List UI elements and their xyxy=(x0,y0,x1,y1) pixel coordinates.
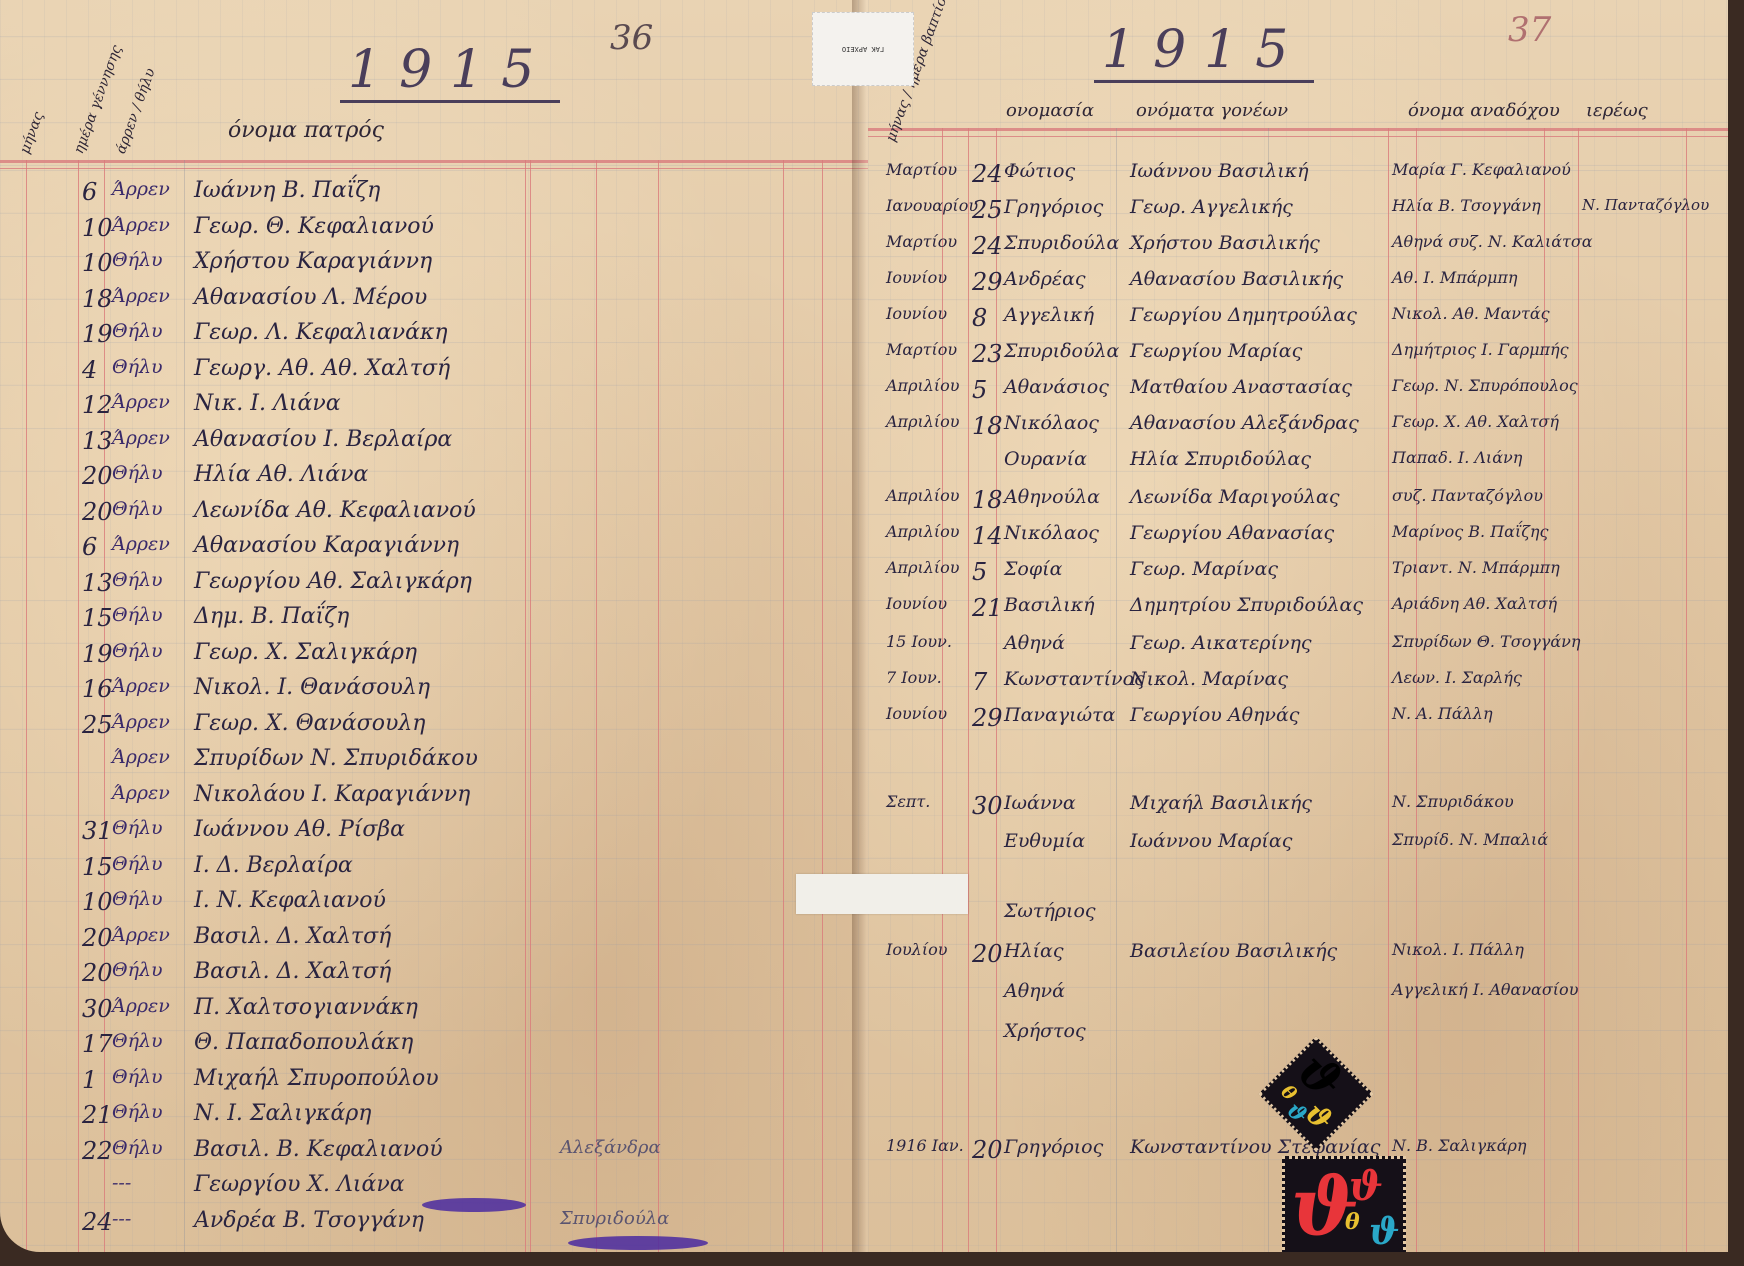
column-header-month: μήνας xyxy=(17,110,47,156)
father-name: Νικολάου Ι. Καραγιάννη xyxy=(194,782,470,807)
father-name: Νικ. Ι. Λιάνα xyxy=(194,391,341,416)
birth-day: 6 xyxy=(82,178,97,206)
father-name: Λεωνίδα Αθ. Κεφαλιανού xyxy=(194,498,476,523)
archive-label: ΓΑΚ ΑΡΧΕΙΟ xyxy=(812,12,914,86)
table-row: ΟυρανίαΗλία ΣπυριδούλαςΠαπαδ. Ι. Λιάνη xyxy=(868,448,1728,488)
column-header-priest: ιερέως xyxy=(1586,100,1648,121)
birth-day: 21 xyxy=(82,1101,113,1129)
child-name: Ιωάννα xyxy=(1004,792,1076,814)
sex: Θήλυ xyxy=(112,569,163,591)
priest-name: Ν. Πανταζόγλου xyxy=(1582,196,1709,214)
child-name: Σπυριδούλα xyxy=(1004,340,1119,362)
godparent-name: Ν. Α. Πάλλη xyxy=(1392,704,1493,723)
parents-names: Δημητρίου Σπυριδούλας xyxy=(1130,594,1363,616)
child-name: Ευθυμία xyxy=(1004,830,1085,852)
table-row: 10ΘήλυΙ. Ν. Κεφαλιανού xyxy=(0,888,868,928)
sex: Άρρεν xyxy=(112,285,170,307)
baptism-day: 24 xyxy=(972,232,1003,260)
child-name: Αθανάσιος xyxy=(1004,376,1109,398)
father-name: Ιωάννη Β. Παΐζη xyxy=(194,178,380,203)
father-name: Π. Χαλτσογιαννάκη xyxy=(194,995,418,1020)
baptism-month: Απριλίου xyxy=(886,376,960,395)
child-name: Γρηγόριος xyxy=(1004,1136,1103,1158)
sex: --- xyxy=(112,1172,131,1194)
parents-names: Αθανασίου Βασιλικής xyxy=(1130,268,1343,290)
child-name: Χρήστος xyxy=(1004,1020,1086,1042)
father-name: Ν. Ι. Σαλιγκάρη xyxy=(194,1101,371,1126)
father-name: Αθανασίου Καραγιάννη xyxy=(194,533,459,558)
baptism-month: Ιουνίου xyxy=(886,704,947,723)
godparent-name: Ν. Β. Σαλιγκάρη xyxy=(1392,1136,1526,1155)
table-row: Ιουνίου21ΒασιλικήΔημητρίου ΣπυριδούλαςΑρ… xyxy=(868,594,1728,634)
godparent-name: Ν. Σπυριδάκου xyxy=(1392,792,1514,811)
table-row: 15ΘήλυΙ. Δ. Βερλαίρα xyxy=(0,853,868,893)
table-row: ΆρρενΝικολάου Ι. Καραγιάννη xyxy=(0,782,868,822)
parents-names: Γεωργίου Μαρίας xyxy=(1130,340,1302,362)
child-name: Αθηνούλα xyxy=(1004,486,1100,508)
header-rule xyxy=(868,128,1728,131)
table-row: 19ΘήλυΓεωρ. Χ. Σαλιγκάρη xyxy=(0,640,868,680)
parents-names: Γεωργίου Δημητρούλας xyxy=(1130,304,1357,326)
godparent-name: Γεωρ. Χ. Αθ. Χαλτσή xyxy=(1392,412,1559,431)
year-heading: 1915 xyxy=(340,40,560,103)
table-row: Απριλίου14ΝικόλαοςΓεωργίου ΑθανασίαςΜαρί… xyxy=(868,522,1728,562)
godparent-name: Νικολ. Αθ. Μαντάς xyxy=(1392,304,1550,323)
baptism-month: Σεπτ. xyxy=(886,792,930,811)
table-row: 12ΆρρενΝικ. Ι. Λιάνα xyxy=(0,391,868,431)
sex: Θήλυ xyxy=(112,320,163,342)
baptism-day: 14 xyxy=(972,522,1003,550)
note: Σπυριδούλα xyxy=(560,1208,669,1229)
table-row: Σεπτ.30ΙωάνναΜιχαήλ ΒασιλικήςΝ. Σπυριδάκ… xyxy=(868,792,1728,832)
sex: Θήλυ xyxy=(112,888,163,910)
birth-day: 6 xyxy=(82,533,97,561)
father-name: Αθανασίου Ι. Βερλαίρα xyxy=(194,427,452,452)
column-header-father-name: όνομα πατρός xyxy=(228,118,384,143)
table-row: 25ΆρρενΓεωρ. Χ. Θανάσουλη xyxy=(0,711,868,751)
godparent-name: Αγγελική Ι. Αθανασίου xyxy=(1392,980,1578,999)
father-name: Βασιλ. Δ. Χαλτσή xyxy=(194,959,391,984)
baptism-month: Ιουνίου xyxy=(886,304,947,323)
sex: Θήλυ xyxy=(112,249,163,271)
child-name: Αθηνά xyxy=(1004,632,1065,654)
paper-strip xyxy=(796,874,968,914)
sex: Άρρεν xyxy=(112,533,170,555)
birth-day: 20 xyxy=(82,498,113,526)
father-name: Γεωργίου Αθ. Σαλιγκάρη xyxy=(194,569,472,594)
birth-day: 15 xyxy=(82,853,113,881)
sex: Θήλυ xyxy=(112,1137,163,1159)
sex: Άρρεν xyxy=(112,427,170,449)
birth-day: 20 xyxy=(82,924,113,952)
baptism-day: 5 xyxy=(972,558,987,586)
baptism-day: 21 xyxy=(972,594,1003,622)
father-name: Θ. Παπαδοπουλάκη xyxy=(194,1030,413,1055)
sex: Θήλυ xyxy=(112,462,163,484)
birth-day: 19 xyxy=(82,320,113,348)
baptism-day: 30 xyxy=(972,792,1003,820)
sex: --- xyxy=(112,1208,131,1230)
column-header-sex: άρρεν / θήλυ xyxy=(113,66,159,156)
birth-day: 20 xyxy=(82,462,113,490)
baptism-day: 24 xyxy=(972,160,1003,188)
baptism-month: Απριλίου xyxy=(886,486,960,505)
parents-names: Γεωργίου Αθηνάς xyxy=(1130,704,1299,726)
birth-day: 15 xyxy=(82,604,113,632)
table-row: ΑθηνάΑγγελική Ι. Αθανασίου xyxy=(868,980,1728,1020)
birth-day: 13 xyxy=(82,427,113,455)
sex: Άρρεν xyxy=(112,995,170,1017)
birth-day: 24 xyxy=(82,1208,113,1236)
table-row: 1ΘήλυΜιχαήλ Σπυροπούλου xyxy=(0,1066,868,1106)
father-name: Ι. Ν. Κεφαλιανού xyxy=(194,888,386,913)
sex: Θήλυ xyxy=(112,640,163,662)
sex: Θήλυ xyxy=(112,1030,163,1052)
theta-glyph: ϑ xyxy=(1369,1211,1400,1252)
baptism-day: 20 xyxy=(972,940,1003,968)
birth-day: 25 xyxy=(82,711,113,739)
parents-names: Νικολ. Μαρίνας xyxy=(1130,668,1288,690)
godparent-name: Νικολ. Ι. Πάλλη xyxy=(1392,940,1524,959)
baptism-day: 29 xyxy=(972,268,1003,296)
baptism-month: Ιουνίου xyxy=(886,594,947,613)
father-name: Ι. Δ. Βερλαίρα xyxy=(194,853,353,878)
sex: Θήλυ xyxy=(112,817,163,839)
column-header-parents: ονόματα γονέων xyxy=(1136,100,1288,121)
header-rule xyxy=(868,136,1728,137)
godparent-name: Σπυρίδων Θ. Τσογγάνη xyxy=(1392,632,1580,651)
table-row: 20ΘήλυΗλία Αθ. Λιάνα xyxy=(0,462,868,502)
child-name: Σπυριδούλα xyxy=(1004,232,1119,254)
child-name: Ανδρέας xyxy=(1004,268,1086,290)
child-name: Σωτήριος xyxy=(1004,900,1096,922)
stamp-sticker: ϑ ϑ θ ϑ xyxy=(1282,1156,1406,1252)
table-row: 6ΆρρενΑθανασίου Καραγιάννη xyxy=(0,533,868,573)
table-row: Μαρτίου23ΣπυριδούλαΓεωργίου ΜαρίαςΔημήτρ… xyxy=(868,340,1728,380)
parents-names: Γεωρ. Αικατερίνης xyxy=(1130,632,1311,654)
birth-day: 22 xyxy=(82,1137,113,1165)
parents-names: Ιωάννου Μαρίας xyxy=(1130,830,1292,852)
birth-day: 12 xyxy=(82,391,113,419)
parents-names: Αθανασίου Αλεξάνδρας xyxy=(1130,412,1359,434)
note: Αλεξάνδρα xyxy=(560,1137,661,1158)
header-rule xyxy=(0,168,868,169)
baptism-day: 7 xyxy=(972,668,987,696)
baptism-month: Απριλίου xyxy=(886,558,960,577)
table-row: 10ΘήλυΧρήστου Καραγιάννη xyxy=(0,249,868,289)
page-number: 37 xyxy=(1508,10,1551,50)
table-row: 24---Ανδρέα Β. ΤσογγάνηΣπυριδούλα xyxy=(0,1208,868,1248)
baptism-month: Ιουνίου xyxy=(886,268,947,287)
sex: Άρρεν xyxy=(112,178,170,200)
table-row: 7 Ιουν.7ΚωνσταντίνοςΝικολ. ΜαρίναςΛεων. … xyxy=(868,668,1728,708)
column-header-godparent: όνομα αναδόχου xyxy=(1408,100,1560,121)
sex: Θήλυ xyxy=(112,604,163,626)
table-row: 20ΘήλυΛεωνίδα Αθ. Κεφαλιανού xyxy=(0,498,868,538)
parents-names: Ματθαίου Αναστασίας xyxy=(1130,376,1352,398)
table-row: ΕυθυμίαΙωάννου ΜαρίαςΣπυρίδ. Ν. Μπαλιά xyxy=(868,830,1728,870)
father-name: Ιωάννου Αθ. Ρίσβα xyxy=(194,817,405,842)
table-row: 6ΆρρενΙωάννη Β. Παΐζη xyxy=(0,178,868,218)
child-name: Βασιλική xyxy=(1004,594,1095,616)
baptism-month: Απριλίου xyxy=(886,412,960,431)
child-name: Ουρανία xyxy=(1004,448,1087,470)
child-name: Αθηνά xyxy=(1004,980,1065,1002)
child-name: Γρηγόριος xyxy=(1004,196,1103,218)
table-row: Ιανουαρίου25ΓρηγόριοςΓεωρ. ΑγγελικήςΗλία… xyxy=(868,196,1728,236)
father-name: Δημ. Β. Παΐζη xyxy=(194,604,349,629)
parents-names: Λεωνίδα Μαριγούλας xyxy=(1130,486,1339,508)
baptism-month: Μαρτίου xyxy=(886,340,957,359)
father-name: Βασιλ. Δ. Χαλτσή xyxy=(194,924,391,949)
baptism-month: 15 Ιουν. xyxy=(886,632,952,651)
father-name: Σπυρίδων Ν. Σπυριδάκου xyxy=(194,746,478,771)
baptism-day: 18 xyxy=(972,486,1003,514)
sex: Άρρεν xyxy=(112,746,170,768)
godparent-name: Τριαντ. Ν. Μπάρμπη xyxy=(1392,558,1560,577)
sex: Θήλυ xyxy=(112,498,163,520)
sex: Άρρεν xyxy=(112,391,170,413)
godparent-name: Μαρία Γ. Κεφαλιανού xyxy=(1392,160,1571,179)
father-name: Αθανασίου Λ. Μέρου xyxy=(194,285,427,310)
baptism-day: 18 xyxy=(972,412,1003,440)
birth-day: 10 xyxy=(82,214,113,242)
birth-day: 4 xyxy=(82,356,97,384)
birth-day: 17 xyxy=(82,1030,113,1058)
godparent-name: Δημήτριος Ι. Γαρμπής xyxy=(1392,340,1569,359)
sex: Άρρεν xyxy=(112,675,170,697)
father-name: Γεωργ. Αθ. Αθ. Χαλτσή xyxy=(194,356,450,381)
parents-names: Ιωάννου Βασιλική xyxy=(1130,160,1309,182)
birth-day: 18 xyxy=(82,285,113,313)
godparent-name: Αθ. Ι. Μπάρμπη xyxy=(1392,268,1517,287)
table-row: Ιουλίου20ΗλίαςΒασιλείου ΒασιλικήςΝικολ. … xyxy=(868,940,1728,980)
parents-names: Γεωρ. Αγγελικής xyxy=(1130,196,1293,218)
baptism-day: 8 xyxy=(972,304,987,332)
baptism-month: Μαρτίου xyxy=(886,232,957,251)
baptism-month: Μαρτίου xyxy=(886,160,957,179)
table-row: Απριλίου5ΣοφίαΓεωρ. ΜαρίναςΤριαντ. Ν. Μπ… xyxy=(868,558,1728,598)
godparent-name: Ηλία Β. Τσογγάνη xyxy=(1392,196,1541,215)
father-name: Γεωρ. Χ. Σαλιγκάρη xyxy=(194,640,417,665)
godparent-name: Μαρίνος Β. Παΐζης xyxy=(1392,522,1548,541)
table-row: Ιουνίου29ΠαναγιώταΓεωργίου ΑθηνάςΝ. Α. Π… xyxy=(868,704,1728,744)
table-row: Απριλίου18ΑθηνούλαΛεωνίδα Μαριγούλαςσυζ.… xyxy=(868,486,1728,526)
table-row: 15 Ιουν.ΑθηνάΓεωρ. ΑικατερίνηςΣπυρίδων Θ… xyxy=(868,632,1728,672)
table-row: Ιουνίου29ΑνδρέαςΑθανασίου ΒασιλικήςΑθ. Ι… xyxy=(868,268,1728,308)
table-row: 30ΆρρενΠ. Χαλτσογιαννάκη xyxy=(0,995,868,1035)
baptism-day: 29 xyxy=(972,704,1003,732)
left-page: 1915 36 μήνας ημέρα γέννησης άρρεν / θήλ… xyxy=(0,0,868,1252)
father-name: Γεωρ. Χ. Θανάσουλη xyxy=(194,711,425,736)
father-name: Μιχαήλ Σπυροπούλου xyxy=(194,1066,439,1091)
table-row: 19ΘήλυΓεωρ. Λ. Κεφαλιανάκη xyxy=(0,320,868,360)
table-row: 20ΘήλυΒασιλ. Δ. Χαλτσή xyxy=(0,959,868,999)
parents-names: Γεωργίου Αθανασίας xyxy=(1130,522,1334,544)
baptism-day: 23 xyxy=(972,340,1003,368)
parents-names: Βασιλείου Βασιλικής xyxy=(1130,940,1337,962)
godparent-name: συζ. Πανταζόγλου xyxy=(1392,486,1543,505)
parents-names: Χρήστου Βασιλικής xyxy=(1130,232,1320,254)
table-row: 13ΘήλυΓεωργίου Αθ. Σαλιγκάρη xyxy=(0,569,868,609)
table-row: Απριλίου5ΑθανάσιοςΜατθαίου ΑναστασίαςΓεω… xyxy=(868,376,1728,416)
column-header-child-name: ονομασία xyxy=(1006,100,1094,121)
baptism-day: 25 xyxy=(972,196,1003,224)
child-name: Φώτιος xyxy=(1004,160,1075,182)
baptism-month: Απριλίου xyxy=(886,522,960,541)
sex: Θήλυ xyxy=(112,1101,163,1123)
father-name: Ανδρέα Β. Τσογγάνη xyxy=(194,1208,424,1233)
page-number: 36 xyxy=(610,18,653,58)
father-name: Χρήστου Καραγιάννη xyxy=(194,249,432,274)
header-rule xyxy=(0,160,868,163)
sex: Θήλυ xyxy=(112,959,163,981)
godparent-name: Γεωρ. Ν. Σπυρόπουλος xyxy=(1392,376,1578,395)
birth-day: 13 xyxy=(82,569,113,597)
parents-names: Μιχαήλ Βασιλικής xyxy=(1130,792,1312,814)
parents-names: Ηλία Σπυριδούλας xyxy=(1130,448,1311,470)
sex: Άρρεν xyxy=(112,711,170,733)
godparent-name: Αριάδνη Αθ. Χαλτσή xyxy=(1392,594,1557,613)
sex: Άρρεν xyxy=(112,214,170,236)
table-row: 10ΆρρενΓεωρ. Θ. Κεφαλιανού xyxy=(0,214,868,254)
child-name: Νικόλαος xyxy=(1004,412,1099,434)
godparent-name: Λεων. Ι. Σαρλής xyxy=(1392,668,1522,687)
ink-blot xyxy=(422,1198,526,1212)
right-page: 1915 37 μήνας / ημέρα βαπτίσεως ονομασία… xyxy=(868,0,1728,1252)
parents-names: Γεωρ. Μαρίνας xyxy=(1130,558,1278,580)
child-name: Νικόλαος xyxy=(1004,522,1099,544)
godparent-name: Αθηνά συζ. Ν. Καλιάτσα xyxy=(1392,232,1593,251)
child-name: Αγγελική xyxy=(1004,304,1094,326)
baptism-month: 1916 Ιαν. xyxy=(886,1136,964,1155)
table-row: 17ΘήλυΘ. Παπαδοπουλάκη xyxy=(0,1030,868,1070)
father-name: Ηλία Αθ. Λιάνα xyxy=(194,462,368,487)
sex: Θήλυ xyxy=(112,356,163,378)
baptism-day: 20 xyxy=(972,1136,1003,1164)
father-name: Νικολ. Ι. Θανάσουλη xyxy=(194,675,430,700)
ink-blot xyxy=(568,1236,708,1250)
table-row: 15ΘήλυΔημ. Β. Παΐζη xyxy=(0,604,868,644)
godparent-name: Σπυρίδ. Ν. Μπαλιά xyxy=(1392,830,1548,849)
table-row: Σωτήριος xyxy=(868,900,1728,940)
table-row: Ιουνίου8ΑγγελικήΓεωργίου ΔημητρούλαςΝικο… xyxy=(868,304,1728,344)
baptism-month: 7 Ιουν. xyxy=(886,668,942,687)
child-name: Ηλίας xyxy=(1004,940,1064,962)
birth-day: 20 xyxy=(82,959,113,987)
baptism-day: 5 xyxy=(972,376,987,404)
year-heading: 1915 xyxy=(1094,20,1314,83)
birth-day: 31 xyxy=(82,817,113,845)
father-name: Γεωργίου Χ. Λιάνα xyxy=(194,1172,405,1197)
birth-day: 10 xyxy=(82,888,113,916)
table-row: 22ΘήλυΒασιλ. Β. ΚεφαλιανούΑλεξάνδρα xyxy=(0,1137,868,1177)
birth-day: 19 xyxy=(82,640,113,668)
father-name: Βασιλ. Β. Κεφαλιανού xyxy=(194,1137,443,1162)
table-row: Μαρτίου24ΣπυριδούλαΧρήστου ΒασιλικήςΑθην… xyxy=(868,232,1728,272)
parents-names: Κωνσταντίνου Στεφανίας xyxy=(1130,1136,1380,1158)
table-row: 20ΆρρενΒασιλ. Δ. Χαλτσή xyxy=(0,924,868,964)
baptism-month: Ιουλίου xyxy=(886,940,947,959)
table-row: 16ΆρρενΝικολ. Ι. Θανάσουλη xyxy=(0,675,868,715)
child-name: Παναγιώτα xyxy=(1004,704,1115,726)
table-row: Απριλίου18ΝικόλαοςΑθανασίου ΑλεξάνδραςΓε… xyxy=(868,412,1728,452)
godparent-name: Παπαδ. Ι. Λιάνη xyxy=(1392,448,1522,467)
theta-glyph: ϑ xyxy=(1349,1163,1383,1210)
birth-day: 30 xyxy=(82,995,113,1023)
table-row: ΆρρενΣπυρίδων Ν. Σπυριδάκου xyxy=(0,746,868,786)
sex: Άρρεν xyxy=(112,782,170,804)
table-row: 21ΘήλυΝ. Ι. Σαλιγκάρη xyxy=(0,1101,868,1141)
table-row: 4ΘήλυΓεωργ. Αθ. Αθ. Χαλτσή xyxy=(0,356,868,396)
sex: Θήλυ xyxy=(112,1066,163,1088)
table-row: 13ΆρρενΑθανασίου Ι. Βερλαίρα xyxy=(0,427,868,467)
child-name: Κωνσταντίνος xyxy=(1004,668,1145,690)
table-row: 18ΆρρενΑθανασίου Λ. Μέρου xyxy=(0,285,868,325)
baptism-month: Ιανουαρίου xyxy=(886,196,978,215)
birth-day: 1 xyxy=(82,1066,97,1094)
father-name: Γεωρ. Λ. Κεφαλιανάκη xyxy=(194,320,448,345)
open-register-book: 1915 36 μήνας ημέρα γέννησης άρρεν / θήλ… xyxy=(0,0,1744,1266)
birth-day: 10 xyxy=(82,249,113,277)
table-row: Μαρτίου24ΦώτιοςΙωάννου ΒασιλικήΜαρία Γ. … xyxy=(868,160,1728,200)
theta-glyph: θ xyxy=(1345,1209,1360,1235)
birth-day: 16 xyxy=(82,675,113,703)
sex: Άρρεν xyxy=(112,924,170,946)
father-name: Γεωρ. Θ. Κεφαλιανού xyxy=(194,214,434,239)
child-name: Σοφία xyxy=(1004,558,1062,580)
sex: Θήλυ xyxy=(112,853,163,875)
table-row: 31ΘήλυΙωάννου Αθ. Ρίσβα xyxy=(0,817,868,857)
